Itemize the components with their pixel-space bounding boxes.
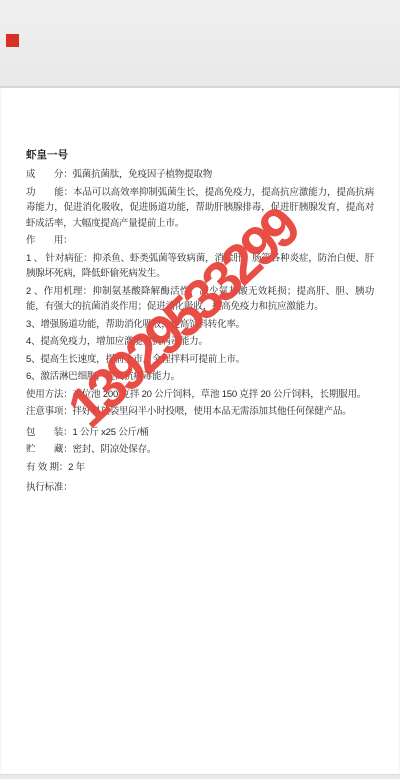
document-page[interactable]: 虾皇一号 成 分：弧菌抗菌肽，免疫因子植物提取物 功 能：本品可以高效率抑制弧菌…: [0, 88, 400, 775]
viewer-bottom-band: [0, 774, 400, 779]
line-effect-6: 6、激活淋巴细胞，提高抗病毒能力。: [26, 369, 374, 385]
document-preview-screen: 虾皇一号 成 分：弧菌抗菌肽，免疫因子植物提取物 功 能：本品可以高效率抑制弧菌…: [0, 0, 400, 779]
line-function: 功 能：本品可以高效率抑制弧菌生长，提高免疫力，提高抗应激能力，提高抗病毒能力，…: [26, 185, 374, 232]
line-effect-2: 2 、作用机理：抑制氨基酸降解酶活性，减少氨基酸无效耗损；提高肝、胆、胰功能，有…: [26, 284, 374, 315]
line-effect-4: 4、提高免疫力，增加应激能力抗病毒能力。: [26, 334, 374, 350]
viewer-top-band: [0, 0, 400, 88]
line-effect-5: 5、提高生长速度，提前上市，全程拌料可提前上市。: [26, 352, 374, 368]
line-shelf-life: 有 效 期：2 年: [26, 460, 374, 476]
line-standard: 执行标准：: [26, 480, 374, 496]
red-marker-square: [6, 34, 19, 47]
document-title: 虾皇一号: [26, 147, 374, 162]
line-effect-3: 3、增强肠道功能，帮助消化吸收，提高饲料转化率。: [26, 317, 374, 333]
line-packaging: 包 装：1 公斤 x25 公斤/桶: [26, 425, 374, 441]
line-effect-heading: 作 用：: [26, 233, 374, 249]
line-ingredients: 成 分：弧菌抗菌肽，免疫因子植物提取物: [26, 167, 374, 183]
line-storage: 贮 藏：密封、阴凉处保存。: [26, 442, 374, 458]
line-usage: 使用方法：高位池 200 克拌 20 公斤饲料，草池 150 克拌 20 公斤饲…: [26, 387, 374, 403]
line-caution: 注意事项：拌好料放袋里闷半小时投喂，使用本品无需添加其他任何保健产品。: [26, 404, 374, 420]
line-effect-1: 1 、 针对病征：抑杀鱼、虾类弧菌等致病菌，消除肝、肠等各种炎症，防治白便、肝胰…: [26, 251, 374, 282]
